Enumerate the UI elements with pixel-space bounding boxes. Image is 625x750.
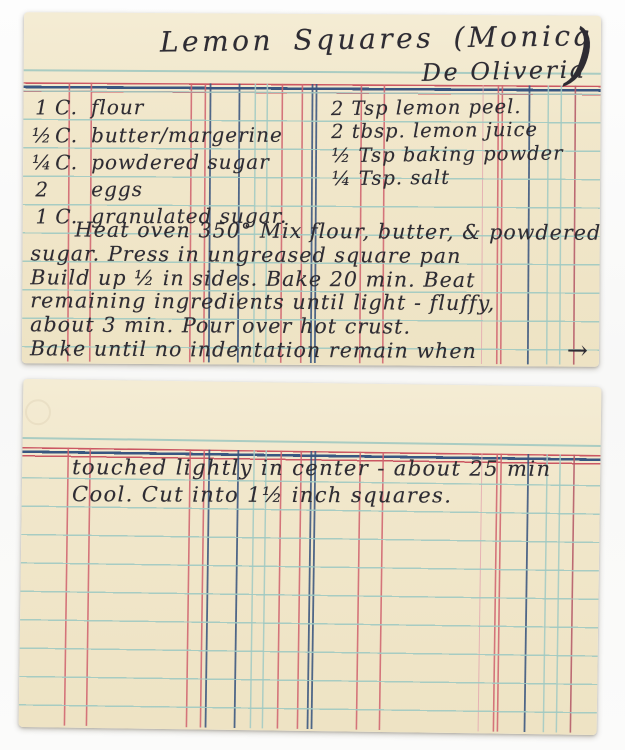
ingredient-row: ¼ C. powdered sugar: [29, 146, 287, 174]
instruction-line: Cool. Cut into 1½ inch squares.: [72, 481, 551, 510]
recipe-title-line2: De Oliveria: [421, 56, 586, 87]
instructions-continued: touched lightly in center - about 25 min…: [72, 454, 551, 510]
ingredient-row: 1 C. flour: [29, 92, 287, 120]
ingredient-row: ¼ Tsp. salt: [332, 165, 564, 191]
instructions-paragraph: Heat oven 350° Mix flour, butter, & powd…: [30, 218, 594, 364]
instruction-line: Bake until no indentation remain when →: [30, 337, 593, 364]
ingredient-unit: C.: [55, 123, 91, 147]
ingredient-name: flour: [91, 95, 144, 119]
ingredient-qty: ¼: [29, 150, 55, 174]
ingredient-name: butter/margerine: [91, 122, 283, 147]
recipe-card-back: touched lightly in center - about 25 min…: [19, 379, 602, 735]
header-teal-rule: [23, 437, 601, 447]
instruction-line: touched lightly in center - about 25 min: [72, 454, 551, 483]
instruction-text: Bake until no indentation remain when: [30, 336, 477, 363]
continuation-arrow-icon: →: [567, 339, 589, 363]
ingredient-qty: 2: [29, 178, 55, 202]
ingredient-list-left: 1 C. flour ½ C. butter/margerine ¼ C. po…: [29, 92, 287, 229]
ledger-horizontal-rules: [19, 477, 600, 732]
ingredient-row: ½ C. butter/margerine: [29, 119, 287, 147]
ingredient-row: 2 Tsp lemon peel.: [331, 95, 563, 121]
ingredient-row: 2 eggs: [29, 174, 287, 202]
ingredient-qty: 1: [29, 96, 55, 120]
ingredient-unit: C.: [55, 96, 91, 120]
ingredient-name: powdered sugar: [91, 150, 270, 174]
paper-stain: [25, 399, 51, 425]
recipe-card-front: Lemon Squares (Monica De Oliveria ) 1 C.…: [22, 12, 601, 367]
ingredient-name: eggs: [91, 177, 143, 201]
ingredient-row: 2 tbsp. lemon juice: [331, 118, 563, 144]
recipe-cards-photo: Lemon Squares (Monica De Oliveria ) 1 C.…: [0, 0, 625, 750]
recipe-title-line1: Lemon Squares (Monica: [160, 19, 594, 58]
ingredient-unit: C.: [55, 150, 91, 174]
ingredient-list-right: 2 Tsp lemon peel. 2 tbsp. lemon juice ½ …: [331, 95, 564, 191]
ingredient-row: ½ Tsp baking powder: [331, 141, 563, 167]
ingredient-qty: ½: [29, 123, 55, 147]
